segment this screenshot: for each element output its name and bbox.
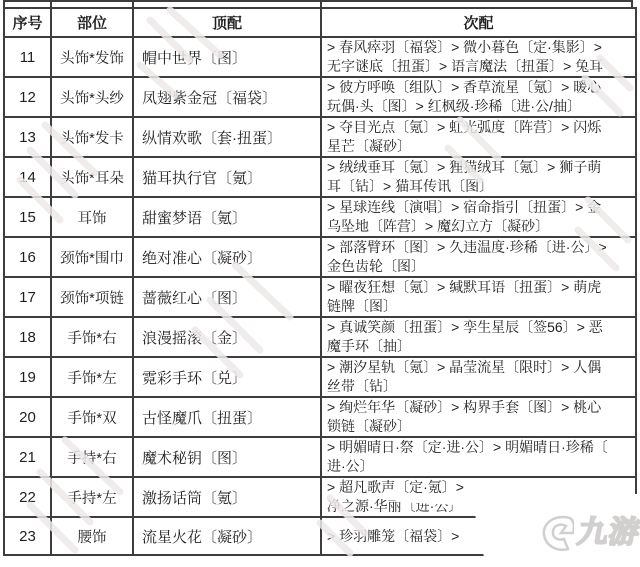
row-number-cell-text: 13 <box>5 129 50 146</box>
top-match-cell-text: 凤翅紫金冠〔福袋〕 <box>134 87 320 108</box>
table-row: 17颈饰*项链蔷薇红心〔图〕> 曜夜狂想〔氪〕> 缄默耳语〔扭蛋〕> 萌虎 链牌… <box>4 277 636 317</box>
row-number-cell-text: 11 <box>5 49 50 66</box>
part-cell-text: 腰饰 <box>52 526 132 547</box>
table-row: 20手饰*双古怪魔爪〔扭蛋〕> 绚烂年华〔凝砂〕> 构界手套〔图〕> 桃心 锁链… <box>4 397 636 437</box>
row-number-cell: 17 <box>4 277 51 317</box>
top-match-cell: 古怪魔爪〔扭蛋〕 <box>133 397 321 437</box>
top-match-cell-text: 激扬话筒〔氪〕 <box>134 487 320 508</box>
row-number-cell: 15 <box>4 197 51 237</box>
row-number-cell: 18 <box>4 317 51 357</box>
part-cell: 头饰*耳朵 <box>51 157 133 197</box>
part-cell-text: 颈饰*围巾 <box>52 247 132 268</box>
next-match-cell-text: > 绒绒垂耳〔氪〕> 狸猫绒耳〔氪〕> 狮子萌 耳〔钻〕> 猫耳传讯〔图〕 <box>322 158 635 196</box>
row-number-cell: 22 <box>4 477 51 517</box>
table-row: 13头饰*发卡纵情欢歌〔套·扭蛋〕> 夺目光点〔氪〕> 虹光弧度〔阵营〕> 闪烁… <box>4 117 636 157</box>
row-number-cell: 13 <box>4 117 51 157</box>
part-cell: 耳饰 <box>51 197 133 237</box>
row-number-cell-text: 12 <box>5 89 50 106</box>
next-match-cell: > 潮汐星轨〔氪〕> 晶莹流星〔限时〕> 人偶 丝带〔钻〕 <box>321 357 636 397</box>
top-match-cell: 魔术秘钥〔图〕 <box>133 437 321 477</box>
table-row: 18手饰*右浪漫摇滚〔金〕> 真诚笑颜〔扭蛋〕> 孪生星辰〔签56〕> 恶 魔手… <box>4 317 636 357</box>
part-cell-text: 耳饰 <box>52 207 132 228</box>
next-match-cell: > 彼方呼唤〔组队〕> 香草流星〔氪〕> 暖心 玩偶·头〔图〕> 红枫级·珍稀〔… <box>321 77 636 117</box>
column-header-next: 次配 <box>321 8 636 37</box>
top-match-cell: 帽中世界〔图〕 <box>133 37 321 77</box>
row-number-cell-text: 15 <box>5 209 50 226</box>
row-number-cell: 23 <box>4 517 51 555</box>
row-number-cell-text: 14 <box>5 169 50 186</box>
part-cell-text: 手饰*右 <box>52 327 132 348</box>
row-number-cell-text: 22 <box>5 489 50 506</box>
next-match-cell-text: > 彼方呼唤〔组队〕> 香草流星〔氪〕> 暖心 玩偶·头〔图〕> 红枫级·珍稀〔… <box>322 78 635 116</box>
top-match-cell-text: 蔷薇红心〔图〕 <box>134 287 320 308</box>
top-match-cell: 浪漫摇滚〔金〕 <box>133 317 321 357</box>
table-row: 15耳饰甜蜜梦语〔氪〕> 星球连线〔演唱〕> 宿命指引〔扭蛋〕> 金 乌坠地〔阵… <box>4 197 636 237</box>
top-match-cell: 凤翅紫金冠〔福袋〕 <box>133 77 321 117</box>
next-match-cell-text: > 绚烂年华〔凝砂〕> 构界手套〔图〕> 桃心 锁链〔凝砂〕 <box>322 398 635 436</box>
row-number-cell: 11 <box>4 37 51 77</box>
table-row: 11头饰*发饰帽中世界〔图〕> 春风瘁羽〔福袋〕> 微小暮色〔定·集影〕> 无字… <box>4 37 636 77</box>
part-cell-text: 头饰*发饰 <box>52 47 132 68</box>
part-cell: 颈饰*围巾 <box>51 237 133 277</box>
row-number-cell: 14 <box>4 157 51 197</box>
top-match-cell: 流星火花〔凝砂〕 <box>133 517 321 555</box>
part-cell: 手饰*右 <box>51 317 133 357</box>
next-match-cell-text: > 曜夜狂想〔氪〕> 缄默耳语〔扭蛋〕> 萌虎 链牌〔图〕 <box>322 278 635 316</box>
part-cell: 头饰*头纱 <box>51 77 133 117</box>
row-number-cell-text: 17 <box>5 289 50 306</box>
top-match-cell: 绝对准心〔凝砂〕 <box>133 237 321 277</box>
next-match-cell-text: > 夺目光点〔氪〕> 虹光弧度〔阵营〕> 闪烁 星芒〔凝砂〕 <box>322 118 635 156</box>
rows: 11头饰*发饰帽中世界〔图〕> 春风瘁羽〔福袋〕> 微小暮色〔定·集影〕> 无字… <box>4 37 636 555</box>
row-number-cell-text: 16 <box>5 249 50 266</box>
next-match-cell: > 曜夜狂想〔氪〕> 缄默耳语〔扭蛋〕> 萌虎 链牌〔图〕 <box>321 277 636 317</box>
next-match-cell: > 明媚晴日·祭〔定·进·公〕> 明媚晴日·珍稀〔 进·公〕 <box>321 437 636 477</box>
part-cell: 颈饰*项链 <box>51 277 133 317</box>
outfit-match-table: 序号 部位 顶配 次配 11头饰*发饰帽中世界〔图〕> 春风瘁羽〔福袋〕> 微小… <box>3 7 637 556</box>
part-cell: 头饰*发饰 <box>51 37 133 77</box>
top-match-cell: 激扬话筒〔氪〕 <box>133 477 321 517</box>
previous-row-fragment <box>3 0 633 7</box>
top-match-cell-text: 猫耳执行官〔氪〕 <box>134 167 320 188</box>
top-match-cell: 猫耳执行官〔氪〕 <box>133 157 321 197</box>
part-cell: 头饰*发卡 <box>51 117 133 157</box>
page-root: 序号 部位 顶配 次配 11头饰*发饰帽中世界〔图〕> 春风瘁羽〔福袋〕> 微小… <box>0 0 640 567</box>
part-cell-text: 头饰*发卡 <box>52 127 132 148</box>
part-cell-text: 手持*右 <box>52 447 132 468</box>
part-cell: 手持*左 <box>51 477 133 517</box>
row-number-cell: 20 <box>4 397 51 437</box>
top-match-cell: 霓彩手环〔兑〕 <box>133 357 321 397</box>
part-cell: 腰饰 <box>51 517 133 555</box>
table-row: 19手饰*左霓彩手环〔兑〕> 潮汐星轨〔氪〕> 晶莹流星〔限时〕> 人偶 丝带〔… <box>4 357 636 397</box>
top-match-cell-text: 浪漫摇滚〔金〕 <box>134 327 320 348</box>
top-match-cell-text: 古怪魔爪〔扭蛋〕 <box>134 407 320 428</box>
top-match-cell: 纵情欢歌〔套·扭蛋〕 <box>133 117 321 157</box>
part-cell-text: 手持*左 <box>52 487 132 508</box>
part-cell-text: 头饰*头纱 <box>52 87 132 108</box>
table-row: 14头饰*耳朵猫耳执行官〔氪〕> 绒绒垂耳〔氪〕> 狸猫绒耳〔氪〕> 狮子萌 耳… <box>4 157 636 197</box>
table-header: 序号 部位 顶配 次配 <box>4 8 636 37</box>
part-cell-text: 头饰*耳朵 <box>52 167 132 188</box>
row-number-cell: 21 <box>4 437 51 477</box>
row-number-cell-text: 21 <box>5 449 50 466</box>
column-header-number: 序号 <box>4 8 51 37</box>
row-number-cell-text: 19 <box>5 369 50 386</box>
top-match-cell-text: 魔术秘钥〔图〕 <box>134 447 320 468</box>
top-match-cell: 甜蜜梦语〔氪〕 <box>133 197 321 237</box>
next-match-cell-text: > 春风瘁羽〔福袋〕> 微小暮色〔定·集影〕> 无字谜底〔扭蛋〕> 语言魔法〔扭… <box>322 38 635 76</box>
next-match-cell: > 春风瘁羽〔福袋〕> 微小暮色〔定·集影〕> 无字谜底〔扭蛋〕> 语言魔法〔扭… <box>321 37 636 77</box>
part-cell-text: 手饰*左 <box>52 367 132 388</box>
table-row: 16颈饰*围巾绝对准心〔凝砂〕> 部落臂环〔图〕> 久违温度·珍稀〔进·公〕> … <box>4 237 636 277</box>
next-match-cell-text: > 潮汐星轨〔氪〕> 晶莹流星〔限时〕> 人偶 丝带〔钻〕 <box>322 358 635 396</box>
row-number-cell: 19 <box>4 357 51 397</box>
top-match-cell-text: 流星火花〔凝砂〕 <box>134 526 320 547</box>
next-match-cell-text: > 真诚笑颜〔扭蛋〕> 孪生星辰〔签56〕> 恶 魔手环〔抽〕 <box>322 318 635 356</box>
row-number-cell-text: 23 <box>5 528 50 545</box>
part-cell: 手饰*双 <box>51 397 133 437</box>
row-number-cell-text: 20 <box>5 409 50 426</box>
next-match-cell-text: > 部落臂环〔图〕> 久违温度·珍稀〔进·公〕> 金色齿轮〔图〕 <box>322 238 635 276</box>
top-match-cell-text: 甜蜜梦语〔氪〕 <box>134 207 320 228</box>
row-number-cell: 12 <box>4 77 51 117</box>
row-number-cell: 16 <box>4 237 51 277</box>
top-match-cell-text: 绝对准心〔凝砂〕 <box>134 247 320 268</box>
top-match-cell-text: 帽中世界〔图〕 <box>134 47 320 68</box>
next-match-cell: > 星球连线〔演唱〕> 宿命指引〔扭蛋〕> 金 乌坠地〔阵营〕> 魔幻立方〔凝砂… <box>321 197 636 237</box>
part-cell: 手持*右 <box>51 437 133 477</box>
row-number-cell-text: 18 <box>5 329 50 346</box>
part-cell-text: 颈饰*项链 <box>52 287 132 308</box>
part-cell-text: 手饰*双 <box>52 407 132 428</box>
table-row: 12头饰*头纱凤翅紫金冠〔福袋〕> 彼方呼唤〔组队〕> 香草流星〔氪〕> 暖心 … <box>4 77 636 117</box>
next-match-cell-text: > 明媚晴日·祭〔定·进·公〕> 明媚晴日·珍稀〔 进·公〕 <box>322 438 635 476</box>
next-match-cell: > 绒绒垂耳〔氪〕> 狸猫绒耳〔氪〕> 狮子萌 耳〔钻〕> 猫耳传讯〔图〕 <box>321 157 636 197</box>
column-header-top: 顶配 <box>133 8 321 37</box>
header-row: 序号 部位 顶配 次配 <box>4 8 636 37</box>
next-match-cell: > 绚烂年华〔凝砂〕> 构界手套〔图〕> 桃心 锁链〔凝砂〕 <box>321 397 636 437</box>
next-match-cell: > 夺目光点〔氪〕> 虹光弧度〔阵营〕> 闪烁 星芒〔凝砂〕 <box>321 117 636 157</box>
table-row: 21手持*右魔术秘钥〔图〕> 明媚晴日·祭〔定·进·公〕> 明媚晴日·珍稀〔 进… <box>4 437 636 477</box>
next-match-cell: > 部落臂环〔图〕> 久违温度·珍稀〔进·公〕> 金色齿轮〔图〕 <box>321 237 636 277</box>
top-match-cell-text: 霓彩手环〔兑〕 <box>134 367 320 388</box>
part-cell: 手饰*左 <box>51 357 133 397</box>
next-match-cell: > 真诚笑颜〔扭蛋〕> 孪生星辰〔签56〕> 恶 魔手环〔抽〕 <box>321 317 636 357</box>
column-header-part: 部位 <box>51 8 133 37</box>
top-match-cell: 蔷薇红心〔图〕 <box>133 277 321 317</box>
next-match-cell-text: > 星球连线〔演唱〕> 宿命指引〔扭蛋〕> 金 乌坠地〔阵营〕> 魔幻立方〔凝砂… <box>322 198 635 236</box>
top-match-cell-text: 纵情欢歌〔套·扭蛋〕 <box>134 127 320 148</box>
